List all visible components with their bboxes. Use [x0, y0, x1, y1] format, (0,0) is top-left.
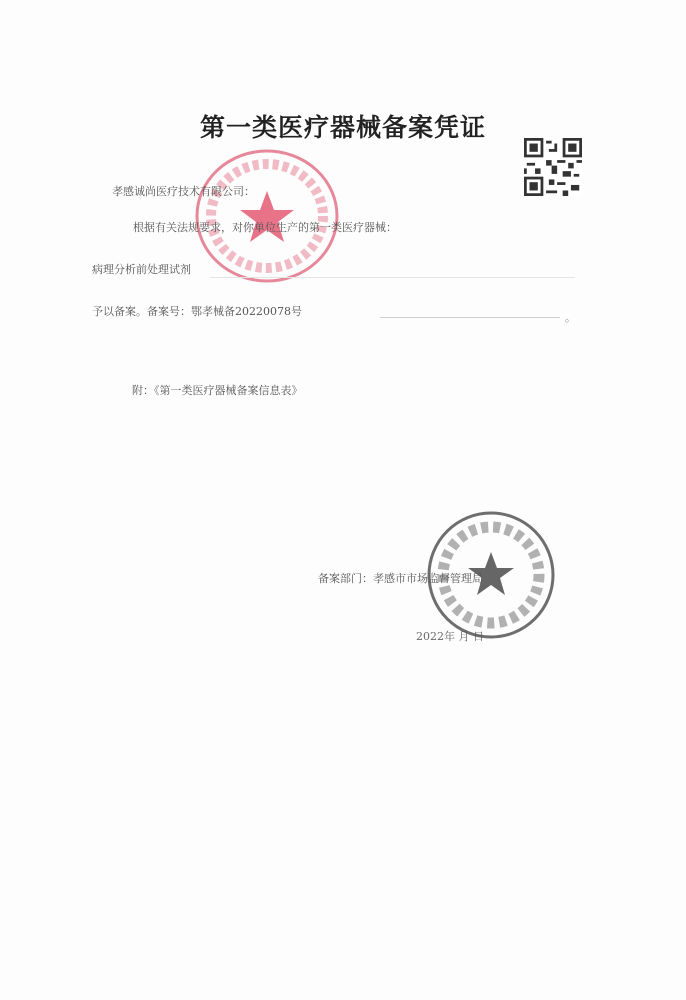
intro-line: 根据有关法规要求，对你单位生产的第一类医疗器械：: [133, 219, 397, 235]
qr-code-icon: [524, 138, 582, 196]
company-seal: [192, 146, 342, 286]
certificate-page: 第一类医疗器械备案凭证 孝感诚尚医疗技术有限公司： 根据有关法规要求，对你单位生…: [0, 0, 686, 1000]
document-title: 第一类医疗器械备案凭证: [0, 108, 686, 144]
product-name-line: 病理分析前处理试剂: [92, 261, 191, 277]
record-underline: [380, 317, 560, 318]
record-number-line: 予以备案。备案号：鄂孝械备20220078号: [92, 303, 302, 319]
attachment-line: 附：《第一类医疗器械备案信息表》: [132, 382, 303, 398]
record-trailing: 。: [565, 309, 576, 325]
star-icon: [468, 552, 514, 595]
product-underline: [210, 277, 575, 278]
company-name-line: 孝感诚尚医疗技术有限公司：: [112, 183, 255, 199]
authority-seal: [426, 510, 556, 640]
